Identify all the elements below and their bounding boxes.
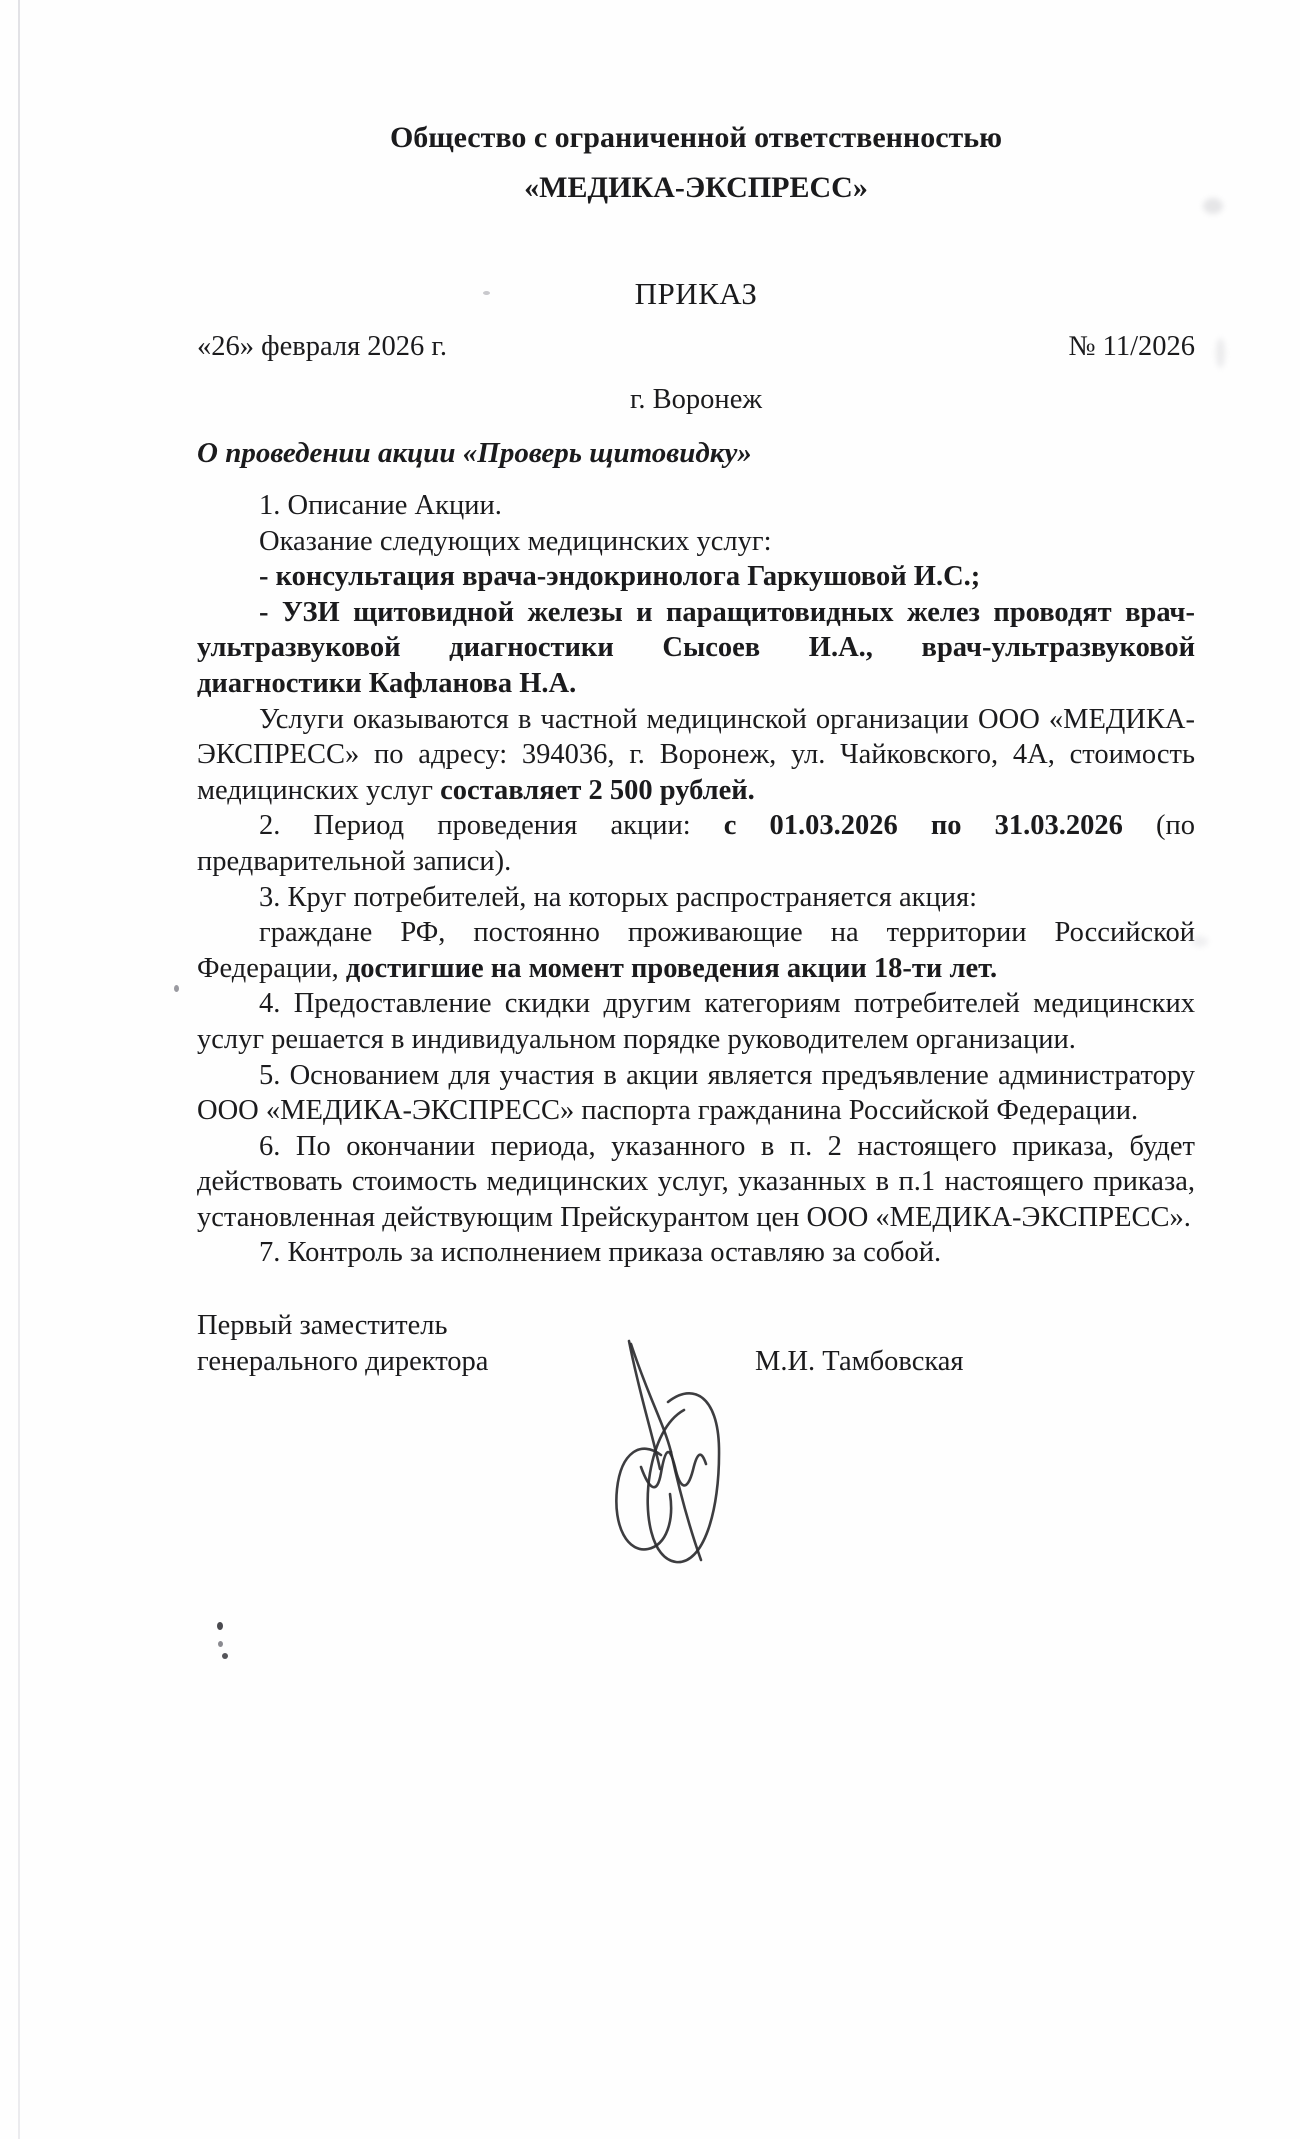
document-type: ПРИКАЗ [197, 273, 1195, 315]
org-name-line2: «МЕДИКА-ЭКСПРЕСС» [197, 167, 1195, 209]
paragraph: 3. Круг потребителей, на которых распрос… [197, 880, 1195, 916]
document-body: 1. Описание Акции.Оказание следующих мед… [197, 488, 1195, 1271]
scan-speckle [174, 985, 179, 992]
paragraph-segment-bold: составляет 2 500 рублей. [440, 775, 755, 806]
scan-speckle [218, 1641, 223, 1647]
document-number: № 11/2026 [1068, 328, 1195, 366]
org-name-line1: Общество с ограниченной ответственностью [197, 117, 1195, 159]
paragraph-segment: 7. Контроль за исполнением приказа остав… [259, 1237, 941, 1268]
paragraph: Оказание следующих медицинских услуг: [197, 524, 1195, 560]
paragraph-segment-bold: - УЗИ щитовидной железы и паращитовидных… [197, 597, 1195, 699]
document-subject: О проведении акции «Проверь щитовидку» [197, 434, 1195, 472]
paragraph: 7. Контроль за исполнением приказа остав… [197, 1235, 1195, 1271]
scan-smudge [1192, 936, 1208, 947]
paragraph: граждане РФ, постоянно проживающие на те… [197, 915, 1195, 986]
paragraph-segment: Оказание следующих медицинских услуг: [259, 526, 772, 557]
scan-edge-line-dark-segment [18, 0, 20, 430]
scan-smudge [1203, 198, 1223, 214]
paragraph: 4. Предоставление скидки другим категори… [197, 986, 1195, 1057]
signer-name: М.И. Тамбовская [755, 1344, 964, 1380]
scan-speckle [483, 291, 490, 295]
paragraph-segment: 1. Описание Акции. [259, 490, 502, 521]
document-date: «26» февраля 2026 г. [197, 328, 447, 366]
document-city: г. Воронеж [197, 381, 1195, 419]
paragraph-segment: 4. Предоставление скидки другим категори… [197, 988, 1195, 1055]
scan-speckle [217, 1622, 223, 1630]
paragraph-segment: 6. По окончании периода, указанного в п.… [197, 1131, 1195, 1233]
scan-speckle [222, 1653, 228, 1659]
handwritten-signature [595, 1325, 755, 1595]
document-page: Общество с ограниченной ответственностью… [0, 0, 1300, 2139]
paragraph: Услуги оказываются в частной медицинской… [197, 702, 1195, 809]
paragraph: - консультация врача-эндокринолога Гарку… [197, 559, 1195, 595]
paragraph-segment-bold: с 01.03.2026 по 31.03.2026 [724, 810, 1123, 841]
paragraph-segment-bold: достигшие на момент проведения акции 18-… [346, 953, 997, 984]
paragraph-segment: 2. Период проведения акции: [259, 810, 724, 841]
date-number-row: «26» февраля 2026 г. № 11/2026 [197, 328, 1195, 366]
paragraph-segment-bold: - консультация врача-эндокринолога Гарку… [259, 561, 980, 592]
paragraph: 1. Описание Акции. [197, 488, 1195, 524]
scan-smudge [1216, 338, 1225, 368]
paragraph: 5. Основанием для участия в акции являет… [197, 1058, 1195, 1129]
paragraph-segment: 5. Основанием для участия в акции являет… [197, 1060, 1195, 1127]
paragraph: 6. По окончании периода, указанного в п.… [197, 1129, 1195, 1236]
paragraph-segment: 3. Круг потребителей, на которых распрос… [259, 882, 977, 913]
paragraph: - УЗИ щитовидной железы и паращитовидных… [197, 595, 1195, 702]
paragraph: 2. Период проведения акции: с 01.03.2026… [197, 808, 1195, 879]
